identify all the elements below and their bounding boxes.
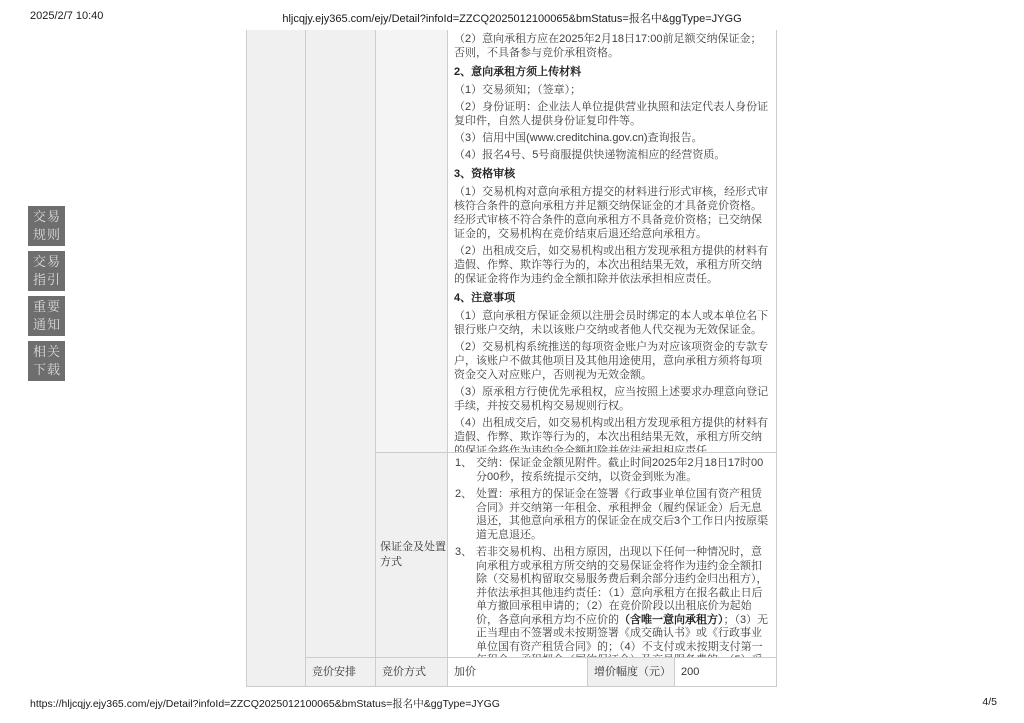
bidding-method-value-cell: 加价	[448, 657, 588, 687]
rules-section-heading: 4、注意事项	[454, 291, 772, 305]
empty-section-label-cell	[306, 30, 376, 657]
deposit-item: 1、交纳：保证金金额见附件。截止时间2025年2月18日17时00分00秒，按系…	[448, 457, 772, 484]
deposit-label-cell: 保证金及处置方式	[376, 452, 448, 657]
bidding-method-label-cell: 竞价方式	[376, 657, 448, 687]
rules-paragraph: （3）信用中国(www.creditchina.gov.cn)查询报告。	[454, 131, 772, 145]
rules-section-heading: 2、意向承租方须上传材料	[454, 65, 772, 79]
empty-sub-label-cell	[376, 30, 448, 452]
bidding-section-label-cell: 竞价安排	[306, 657, 376, 687]
deposit-label: 保证金及处置方式	[376, 540, 447, 570]
rules-paragraph: （3）原承租方行使优先承租权，应当按照上述要求办理意向登记手续，并按交易机构交易…	[454, 385, 772, 413]
deposit-item-number: 2、	[455, 488, 472, 502]
rules-paragraph: （4）报名4号、5号商服提供快递物流相应的经营资质。	[454, 148, 772, 162]
deposit-items: 1、交纳：保证金金额见附件。截止时间2025年2月18日17时00分00秒，按系…	[448, 453, 776, 657]
rules-paragraph: （2）意向承租方应在2025年2月18日17:00前足额交纳保证金；否则，不具备…	[454, 32, 772, 60]
deposit-item: 2、处置：承租方的保证金在签署《行政事业单位国有资产租赁合同》并交纳第一年租金、…	[448, 488, 772, 542]
sidebar-tab-related-downloads[interactable]: 相关下载	[28, 341, 65, 381]
rules-paragraph: （2）身份证明：企业法人单位提供营业执照和法定代表人身份证复印件，自然人提供身份…	[454, 100, 772, 128]
rules-paragraph: （2）交易机构系统推送的每项资金账户为对应该项资金的专款专户，该账户不做其他项目…	[454, 340, 772, 382]
rules-cell: （2）意向承租方应在2025年2月18日17:00前足额交纳保证金；否则，不具备…	[448, 30, 776, 452]
print-footer-url: https://hljcqjy.ejy365.com/ejy/Detail?in…	[30, 696, 500, 711]
sidebar-tab-important-notice[interactable]: 重要通知	[28, 296, 65, 336]
deposit-item: 3、若非交易机构、出租方原因，出现以下任何一种情况时，意向承租方或承租方所交纳的…	[448, 546, 772, 657]
deposit-item-text: 交纳：保证金金额见附件。截止时间2025年2月18日17时00分00秒，按系统提…	[476, 457, 763, 483]
rules-paragraph: （1）交易机构对意向承租方提交的材料进行形式审核，经形式审核符合条件的意向承租方…	[454, 185, 772, 241]
print-footer-page-number: 4/5	[982, 696, 997, 708]
rules-paragraph: （1）意向承租方保证金须以注册会员时绑定的本人或本单位名下银行账户交纳，未以该账…	[454, 309, 772, 337]
rules-section-heading: 3、资格审核	[454, 167, 772, 181]
rules-paragraph: （1）交易须知；（签章）；	[454, 83, 772, 97]
deposit-item-bold-text: （含唯一意向承租方）	[619, 614, 724, 626]
increment-value-cell: 200	[675, 657, 777, 687]
increment-label-cell: 增价幅度（元）	[588, 657, 675, 687]
detail-table: （2）意向承租方应在2025年2月18日17:00前足额交纳保证金；否则，不具备…	[246, 30, 778, 687]
deposit-item-number: 1、	[455, 457, 472, 471]
empty-row-header-cell	[246, 30, 306, 687]
print-header-url: hljcqjy.ejy365.com/ejy/Detail?infoId=ZZC…	[0, 10, 1024, 26]
deposit-item-text: 处置：承租方的保证金在签署《行政事业单位国有资产租赁合同》并交纳第一年租金、承租…	[476, 488, 768, 541]
sidebar-tab-trade-rules[interactable]: 交易规则	[28, 206, 65, 246]
rules-paragraph: （4）出租成交后，如交易机构或出租方发现承租方提供的材料有造假、作弊、欺诈等行为…	[454, 416, 772, 452]
deposit-content-cell: 1、交纳：保证金金额见附件。截止时间2025年2月18日17时00分00秒，按系…	[448, 452, 777, 657]
sidebar-tab-trade-guide[interactable]: 交易指引	[28, 251, 65, 291]
rules-content-cell: （2）意向承租方应在2025年2月18日17:00前足额交纳保证金；否则，不具备…	[448, 30, 777, 452]
deposit-item-number: 3、	[455, 546, 472, 560]
rules-paragraph: （2）出租成交后，如交易机构或出租方发现承租方提供的材料有造假、作弊、欺诈等行为…	[454, 244, 772, 286]
